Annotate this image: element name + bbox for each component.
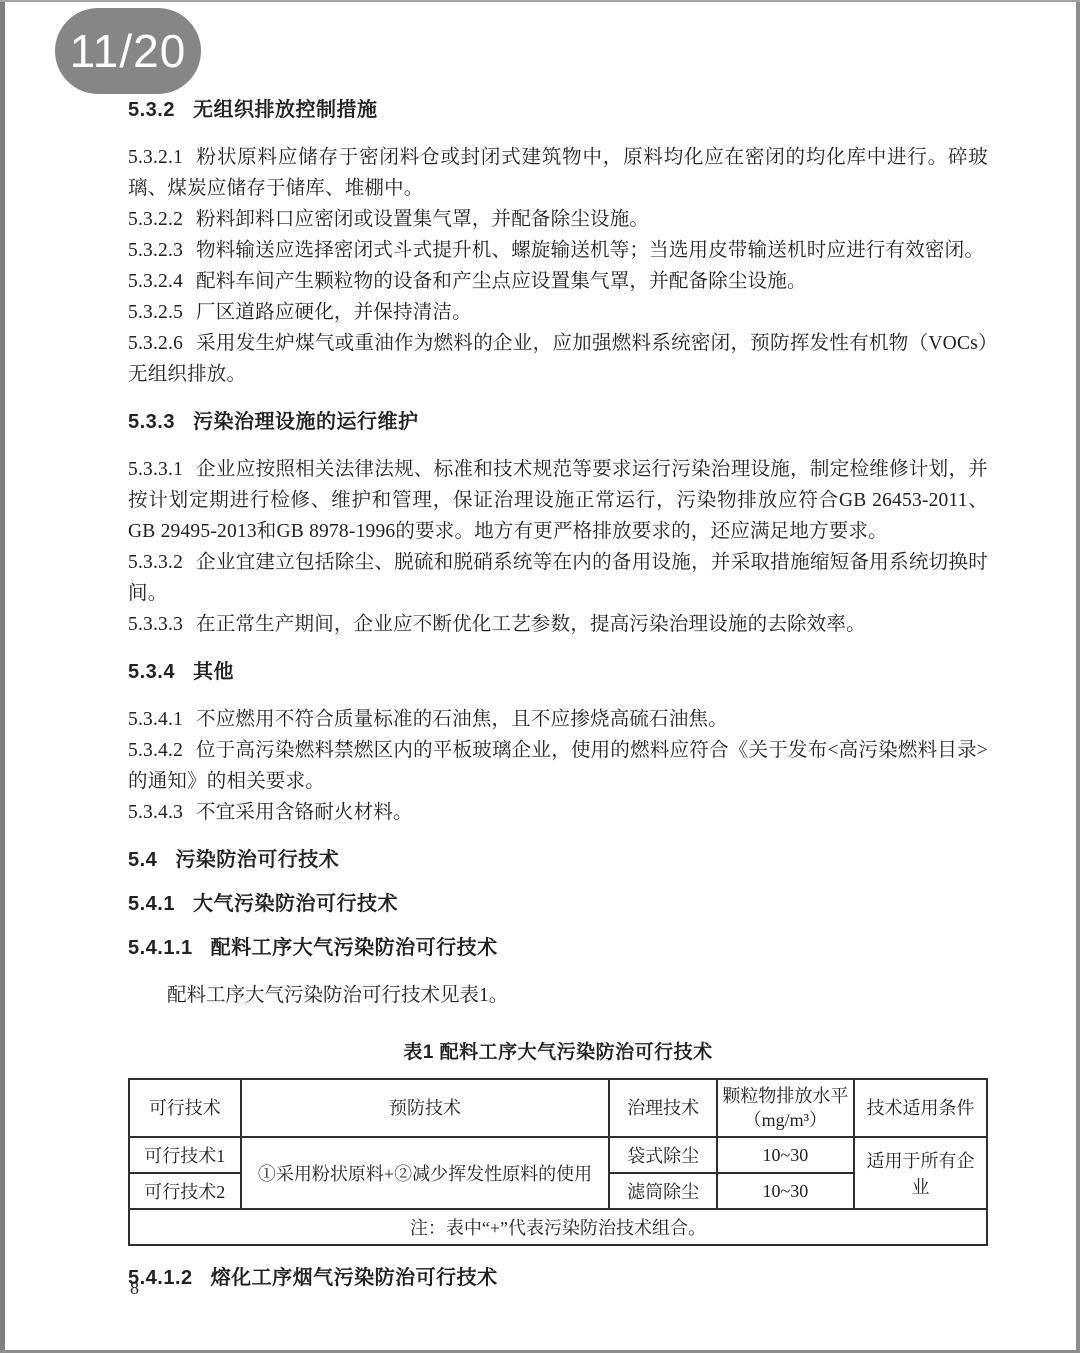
clause-text: 在正常生产期间，企业应不断优化工艺参数，提高污染治理设施的去除效率。	[196, 614, 866, 635]
clause-number: 5.3.2.4	[128, 271, 183, 292]
clause-5-3-4-3: 5.3.4.3不宜采用含铬耐火材料。	[128, 797, 988, 828]
section-number: 5.4.1.1	[128, 937, 193, 959]
table-row: 可行技术1 ①采用粉状原料+②减少挥发性原料的使用 袋式除尘 10~30 适用于…	[129, 1137, 987, 1173]
section-heading-5-3-2: 5.3.2无组织排放控制措施	[128, 98, 988, 122]
cell-feasible-tech-2: 可行技术2	[129, 1173, 241, 1209]
clause-5-3-3-2: 5.3.3.2企业宜建立包括除尘、脱硫和脱硝系统等在内的备用设施，并采取措施缩短…	[128, 547, 988, 609]
table-1-batching-air-pollution: 可行技术 预防技术 治理技术 颗粒物排放水平 （mg/m³） 技术适用条件 可行…	[128, 1078, 988, 1246]
section-heading-5-4-1: 5.4.1大气污染防治可行技术	[128, 892, 988, 916]
clause-text: 企业应按照相关法律法规、标准和技术规范等要求运行污染治理设施，制定检维修计划，并…	[128, 459, 988, 542]
section-heading-5-4-1-1: 5.4.1.1配料工序大气污染防治可行技术	[128, 936, 988, 960]
section-number: 5.4	[128, 849, 157, 871]
cell-prevention-tech: ①采用粉状原料+②减少挥发性原料的使用	[241, 1137, 610, 1209]
table-header-treatment-tech: 治理技术	[609, 1079, 716, 1137]
cell-dust-level-1: 10~30	[717, 1137, 854, 1173]
section-number: 5.4.1	[128, 893, 175, 915]
page-border-left	[0, 0, 5, 1353]
clause-5-3-2-1: 5.3.2.1粉状原料应储存于密闭料仓或封闭式建筑物中，原料均化应在密闭的均化库…	[128, 142, 988, 204]
clause-5-3-2-4: 5.3.2.4配料车间产生颗粒物的设备和产尘点应设置集气罩，并配备除尘设施。	[128, 266, 988, 297]
section-title: 污染治理设施的运行维护	[193, 411, 419, 433]
cell-feasible-tech-1: 可行技术1	[129, 1137, 241, 1173]
clause-number: 5.3.4.3	[128, 802, 183, 823]
clause-text: 不宜采用含铬耐火材料。	[196, 802, 413, 823]
clause-5-3-2-6: 5.3.2.6采用发生炉煤气或重油作为燃料的企业，应加强燃料系统密闭，预防挥发性…	[128, 328, 988, 390]
table-caption: 表1 配料工序大气污染防治可行技术	[128, 1037, 988, 1064]
section-title: 无组织排放控制措施	[193, 99, 378, 121]
section-number: 5.3.4	[128, 661, 175, 683]
table-header-applicable-conditions: 技术适用条件	[854, 1079, 987, 1137]
section-number: 5.3.2	[128, 99, 175, 121]
section-heading-5-3-4: 5.3.4其他	[128, 660, 988, 684]
section-title: 配料工序大气污染防治可行技术	[211, 937, 498, 959]
clause-text: 物料输送应选择密闭式斗式提升机、螺旋输送机等；当选用皮带输送机时应进行有效密闭。	[196, 240, 984, 261]
clause-5-3-3-1: 5.3.3.1企业应按照相关法律法规、标准和技术规范等要求运行污染治理设施，制定…	[128, 454, 988, 547]
clause-5-3-3-3: 5.3.3.3在正常生产期间，企业应不断优化工艺参数，提高污染治理设施的去除效率…	[128, 609, 988, 640]
clause-text: 不应燃用不符合质量标准的石油焦，且不应掺烧高硫石油焦。	[196, 709, 728, 730]
cell-applicability: 适用于所有企业	[854, 1137, 987, 1209]
table-header-feasible-tech: 可行技术	[129, 1079, 241, 1137]
clause-text: 配料车间产生颗粒物的设备和产尘点应设置集气罩，并配备除尘设施。	[196, 271, 807, 292]
section-title: 大气污染防治可行技术	[193, 893, 398, 915]
section-title: 污染防治可行技术	[175, 849, 339, 871]
section-heading-5-3-3: 5.3.3污染治理设施的运行维护	[128, 410, 988, 434]
clause-number: 5.3.3.2	[128, 552, 183, 573]
clause-text: 粉状原料应储存于密闭料仓或封闭式建筑物中，原料均化应在密闭的均化库中进行。碎玻璃…	[128, 147, 988, 199]
page-indicator-label: 11/20	[70, 24, 187, 78]
page-indicator-badge: 11/20	[55, 8, 201, 94]
cell-treatment-tech-1: 袋式除尘	[609, 1137, 716, 1173]
table-note-row: 注：表中“+”代表污染防治技术组合。	[129, 1209, 987, 1245]
clause-5-3-4-2: 5.3.4.2位于高污染燃料禁燃区内的平板玻璃企业，使用的燃料应符合《关于发布<…	[128, 735, 988, 797]
clause-text: 厂区道路应硬化，并保持清洁。	[196, 302, 472, 323]
table-note: 注：表中“+”代表污染防治技术组合。	[129, 1209, 987, 1245]
section-heading-5-4-1-2: 5.4.1.2熔化工序烟气污染防治可行技术	[128, 1266, 988, 1290]
clause-text: 企业宜建立包括除尘、脱硫和脱硝系统等在内的备用设施，并采取措施缩短备用系统切换时…	[128, 552, 988, 604]
cell-treatment-tech-2: 滤筒除尘	[609, 1173, 716, 1209]
table-header-prevention-tech: 预防技术	[241, 1079, 610, 1137]
clause-5-3-2-3: 5.3.2.3物料输送应选择密闭式斗式提升机、螺旋输送机等；当选用皮带输送机时应…	[128, 235, 988, 266]
clause-number: 5.3.2.6	[128, 333, 183, 354]
cell-dust-level-2: 10~30	[717, 1173, 854, 1209]
clause-number: 5.3.2.5	[128, 302, 183, 323]
clause-5-3-4-1: 5.3.4.1不应燃用不符合质量标准的石油焦，且不应掺烧高硫石油焦。	[128, 704, 988, 735]
section-heading-5-4: 5.4污染防治可行技术	[128, 848, 988, 872]
section-number: 5.3.3	[128, 411, 175, 433]
see-table-paragraph: 配料工序大气污染防治可行技术见表1。	[128, 980, 988, 1011]
clause-text: 位于高污染燃料禁燃区内的平板玻璃企业，使用的燃料应符合《关于发布<高污染燃料目录…	[128, 740, 988, 792]
clause-5-3-2-5: 5.3.2.5厂区道路应硬化，并保持清洁。	[128, 297, 988, 328]
table-header-pm-emission-level: 颗粒物排放水平 （mg/m³）	[717, 1079, 854, 1137]
page-border-top	[0, 0, 1080, 2]
page-border-right	[1076, 0, 1080, 1353]
section-title: 熔化工序烟气污染防治可行技术	[211, 1267, 498, 1289]
clause-text: 粉料卸料口应密闭或设置集气罩，并配备除尘设施。	[196, 209, 649, 230]
page-number-footer: 8	[130, 1278, 139, 1299]
clause-number: 5.3.2.1	[128, 147, 183, 168]
clause-number: 5.3.4.1	[128, 709, 183, 730]
section-title: 其他	[193, 661, 234, 683]
clause-number: 5.3.2.3	[128, 240, 183, 261]
clause-number: 5.3.3.1	[128, 459, 183, 480]
document-content: 5.3.2无组织排放控制措施 5.3.2.1粉状原料应储存于密闭料仓或封闭式建筑…	[128, 98, 988, 1310]
clause-number: 5.3.3.3	[128, 614, 183, 635]
table-header-row: 可行技术 预防技术 治理技术 颗粒物排放水平 （mg/m³） 技术适用条件	[129, 1079, 987, 1137]
clause-number: 5.3.2.2	[128, 209, 183, 230]
clause-text: 采用发生炉煤气或重油作为燃料的企业，应加强燃料系统密闭，预防挥发性有机物（VOC…	[128, 333, 988, 385]
clause-number: 5.3.4.2	[128, 740, 183, 761]
clause-5-3-2-2: 5.3.2.2粉料卸料口应密闭或设置集气罩，并配备除尘设施。	[128, 204, 988, 235]
